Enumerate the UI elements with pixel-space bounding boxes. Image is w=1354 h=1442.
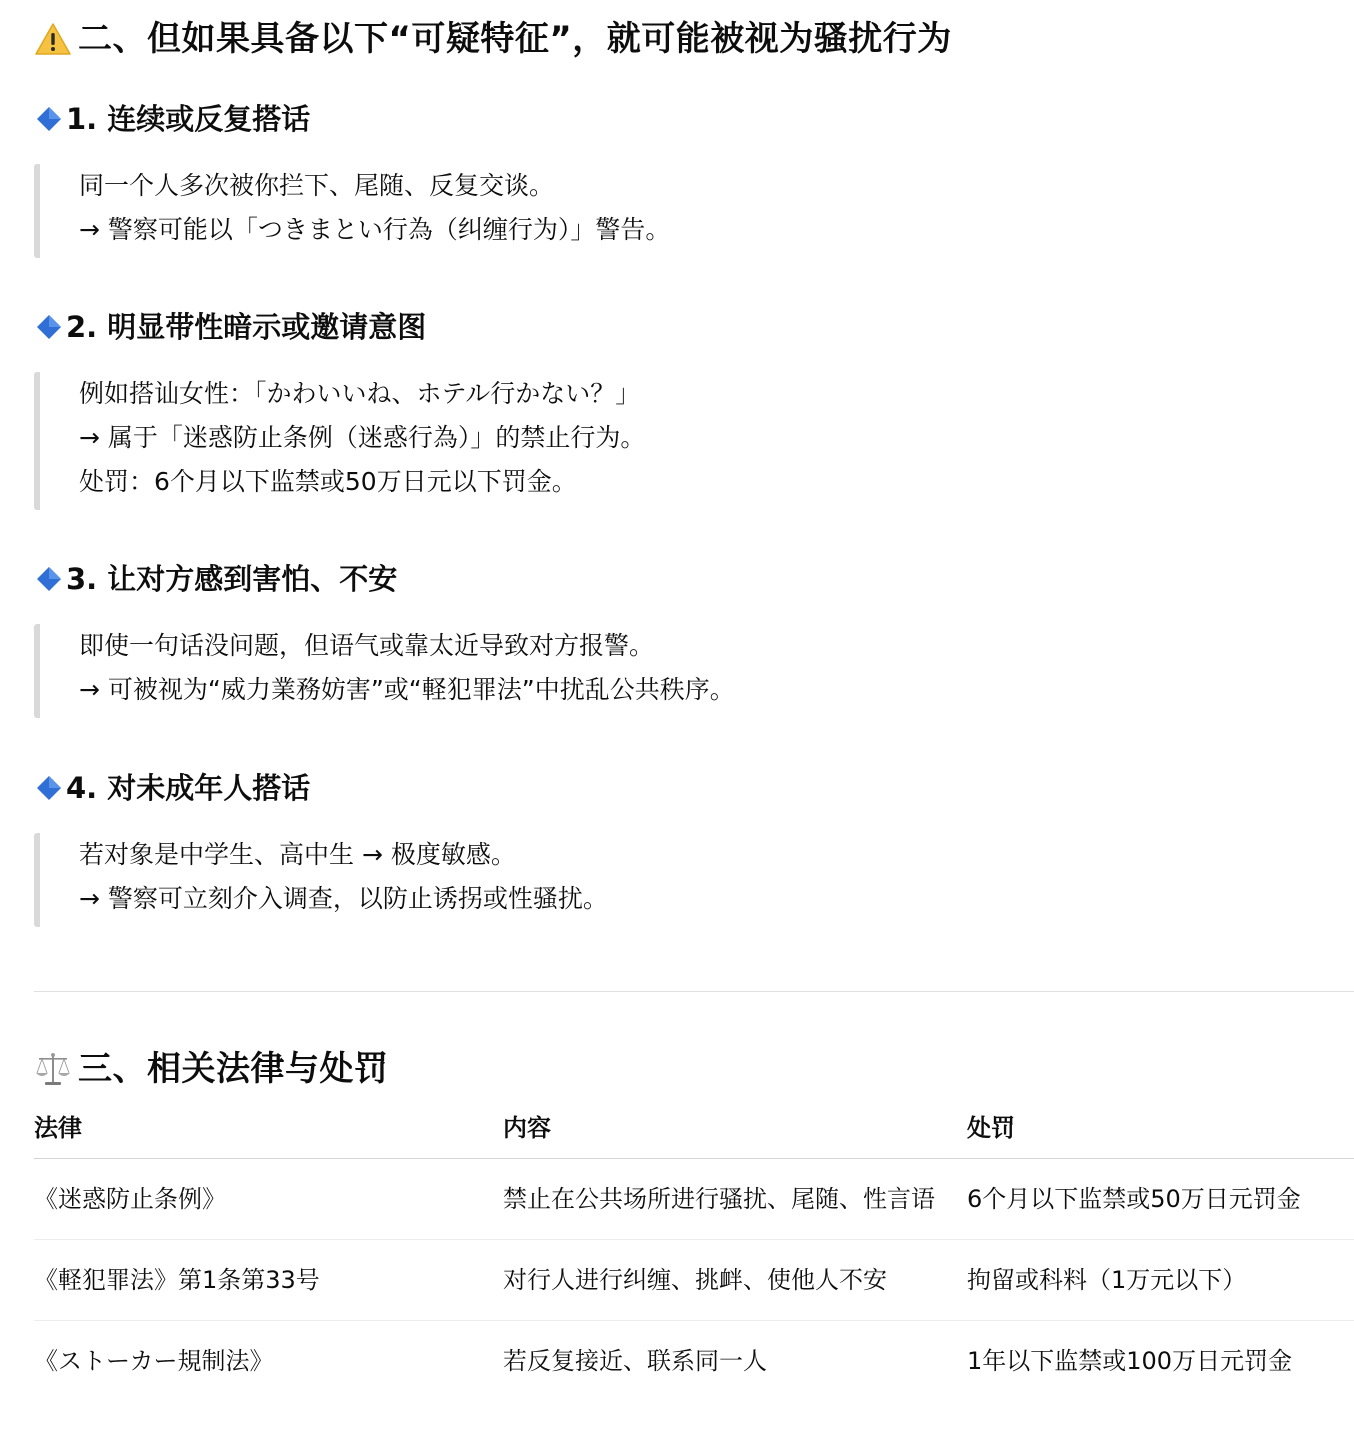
item-3-line-1: 即使一句话没问题，但语气或靠太近导致对方报警。 [79, 624, 1234, 668]
cell-content: 禁止在公共场所进行骚扰、尾随、性言语 [503, 1159, 967, 1240]
blue-diamond-icon [34, 773, 64, 803]
item-1-line-1: 同一个人多次被你拦下、尾随、反复交谈。 [79, 164, 1234, 208]
table-header-row: 法律 内容 处罚 [34, 1103, 1354, 1159]
cell-law: 《迷惑防止条例》 [34, 1159, 503, 1240]
header-penalty: 处罚 [967, 1103, 1354, 1159]
item-4-quote: 若对象是中学生、高中生 → 极度敏感。 → 警察可立刻介入调查，以防止诱拐或性骚… [34, 833, 1234, 927]
table-row: 《迷惑防止条例》 禁止在公共场所进行骚扰、尾随、性言语 6个月以下监禁或50万日… [34, 1159, 1354, 1240]
cell-law: 《軽犯罪法》第1条第33号 [34, 1240, 503, 1321]
item-2-line-3: 处罚：6个月以下监禁或50万日元以下罚金。 [79, 460, 1234, 504]
item-1-quote: 同一个人多次被你拦下、尾随、反复交谈。 → 警察可能以「つきまとい行為（纠缠行为… [34, 164, 1234, 258]
header-content: 内容 [503, 1103, 967, 1159]
item-3-heading: 3. 让对方感到害怕、不安 [34, 561, 397, 597]
table-row: 《軽犯罪法》第1条第33号 对行人进行纠缠、挑衅、使他人不安 拘留或科料（1万元… [34, 1240, 1354, 1321]
cell-penalty: 1年以下监禁或100万日元罚金 [967, 1321, 1354, 1402]
item-4-heading: 4. 对未成年人搭话 [34, 770, 310, 806]
law-table: 法律 内容 处罚 《迷惑防止条例》 禁止在公共场所进行骚扰、尾随、性言语 6个月… [34, 1103, 1354, 1401]
section-2-title: 二、但如果具备以下“可疑特征”，就可能被视为骚扰行为 [78, 19, 952, 59]
cell-content: 若反复接近、联系同一人 [503, 1321, 967, 1402]
item-2-line-2: → 属于「迷惑防止条例（迷惑行為）」的禁止行为。 [79, 416, 1234, 460]
blue-diamond-icon [34, 104, 64, 134]
cell-content: 对行人进行纠缠、挑衅、使他人不安 [503, 1240, 967, 1321]
balance-scale-icon [34, 1051, 72, 1087]
item-2-line-1: 例如搭讪女性：「かわいいね、ホテル行かない？」 [79, 372, 1234, 416]
item-4-line-2: → 警察可立刻介入调查，以防止诱拐或性骚扰。 [79, 877, 1234, 921]
item-1-title: 1. 连续或反复搭话 [66, 101, 310, 137]
header-law: 法律 [34, 1103, 503, 1159]
item-1-line-2: → 警察可能以「つきまとい行為（纠缠行为）」警告。 [79, 208, 1234, 252]
item-2-heading: 2. 明显带性暗示或邀请意图 [34, 309, 426, 345]
blue-diamond-icon [34, 312, 64, 342]
warning-icon [34, 21, 72, 57]
item-3-line-2: → 可被视为“威力業務妨害”或“軽犯罪法”中扰乱公共秩序。 [79, 668, 1234, 712]
item-3-quote: 即使一句话没问题，但语气或靠太近导致对方报警。 → 可被视为“威力業務妨害”或“… [34, 624, 1234, 718]
item-2-title: 2. 明显带性暗示或邀请意图 [66, 309, 426, 345]
item-2-quote: 例如搭讪女性：「かわいいね、ホテル行かない？」 → 属于「迷惑防止条例（迷惑行為… [34, 372, 1234, 510]
cell-law: 《ストーカー規制法》 [34, 1321, 503, 1402]
section-2-heading: 二、但如果具备以下“可疑特征”，就可能被视为骚扰行为 [34, 19, 952, 59]
item-1-heading: 1. 连续或反复搭话 [34, 101, 310, 137]
cell-penalty: 拘留或科料（1万元以下） [967, 1240, 1354, 1321]
section-3-heading: 三、相关法律与处罚 [34, 1049, 389, 1089]
item-4-title: 4. 对未成年人搭话 [66, 770, 310, 806]
section-3-title: 三、相关法律与处罚 [78, 1049, 389, 1089]
cell-penalty: 6个月以下监禁或50万日元罚金 [967, 1159, 1354, 1240]
item-4-line-1: 若对象是中学生、高中生 → 极度敏感。 [79, 833, 1234, 877]
section-divider [34, 991, 1354, 992]
table-row: 《ストーカー規制法》 若反复接近、联系同一人 1年以下监禁或100万日元罚金 [34, 1321, 1354, 1402]
blue-diamond-icon [34, 564, 64, 594]
item-3-title: 3. 让对方感到害怕、不安 [66, 561, 397, 597]
